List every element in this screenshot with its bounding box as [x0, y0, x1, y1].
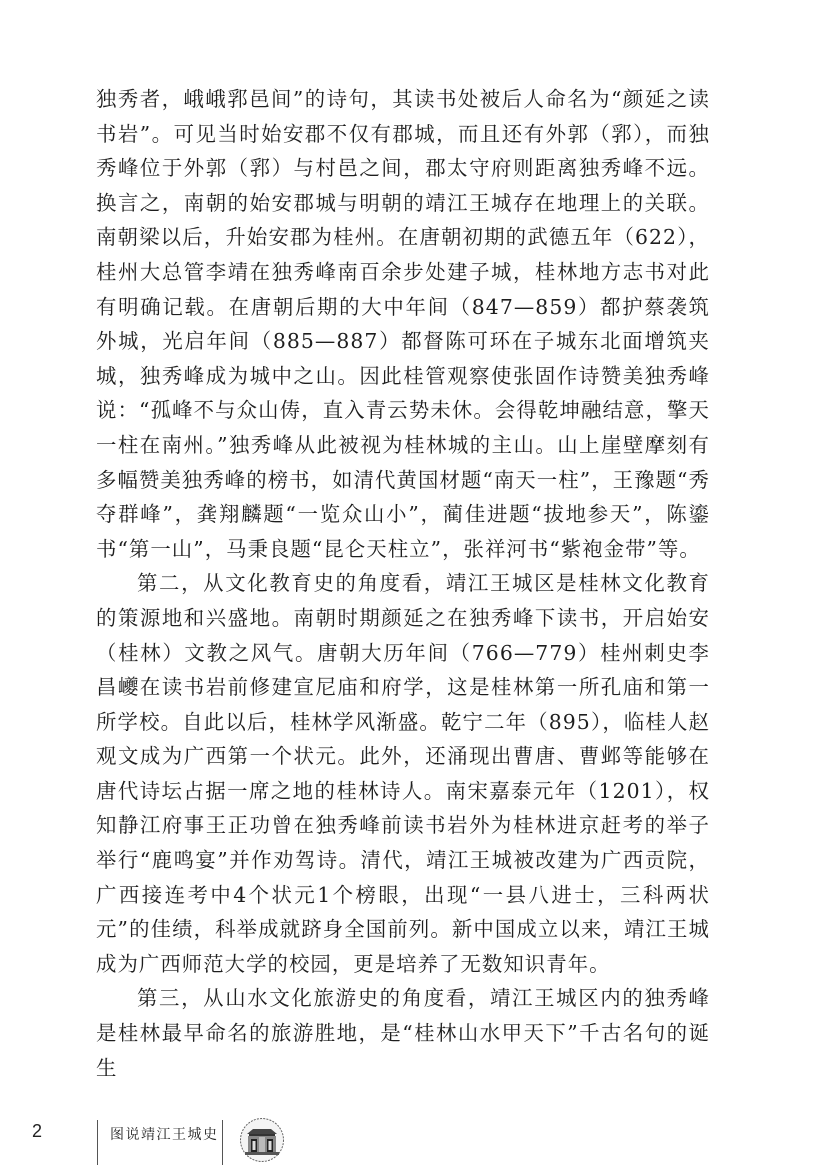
- page-number: 2: [32, 1121, 42, 1142]
- footer-divider-right: [222, 1120, 223, 1165]
- paragraph-1: 独秀者，峨峨郛邑间”的诗句，其读书处被后人命名为“颜延之读书岩”。可见当时始安郡…: [96, 82, 710, 566]
- gate-emblem-icon: [239, 1117, 285, 1163]
- running-book-title: 图说靖江王城史: [110, 1124, 219, 1144]
- footer-divider-left: [97, 1120, 98, 1165]
- paragraph-2: 第二，从文化教育史的角度看，靖江王城区是桂林文化教育的策源地和兴盛地。南朝时期颜…: [96, 566, 710, 981]
- paragraph-3: 第三，从山水文化旅游史的角度看，靖江王城区内的独秀峰是桂林最早命名的旅游胜地，是…: [96, 981, 710, 1085]
- page-body: 独秀者，峨峨郛邑间”的诗句，其读书处被后人命名为“颜延之读书岩”。可见当时始安郡…: [96, 82, 710, 1085]
